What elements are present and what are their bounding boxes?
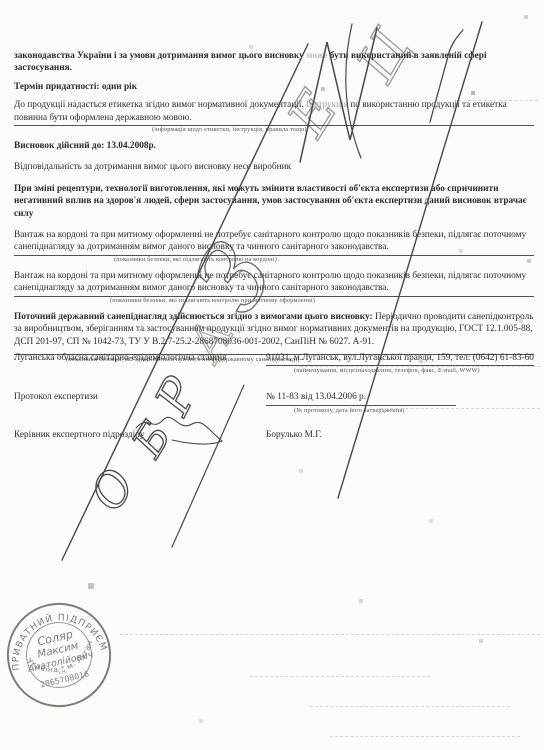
valid-until-line: Висновок дійсний до: 13.04.2008р. bbox=[14, 140, 534, 152]
labeling-field: До продукції надається етикетка згідно в… bbox=[14, 99, 534, 126]
cargo-border-paragraph: Вантаж на кордоні та при митному оформле… bbox=[14, 229, 534, 254]
change-clause-paragraph: При зміні рецептури, технології виготовл… bbox=[14, 183, 534, 220]
document-body: законодавства України і за умови дотрима… bbox=[14, 50, 534, 364]
watermark-letter-o: О bbox=[80, 459, 146, 520]
protocol-label: Протокол експертизи bbox=[14, 391, 254, 403]
station-label: Луганська обласна санітарно-епідеміологі… bbox=[14, 352, 254, 364]
labeling-paragraph: До продукції надається етикетка згідно в… bbox=[14, 99, 534, 124]
cargo-border-field: Вантаж на кордоні та при митному оформле… bbox=[14, 229, 534, 256]
intro-paragraph: законодавства України і за умови дотрима… bbox=[14, 50, 534, 75]
round-stamp: ПРИВАТНИЙ ПІДПРИЄМЕЦЬ Україна * м. Луган… bbox=[0, 587, 127, 724]
head-row: Керівник експертного підрозділу Борулько… bbox=[14, 429, 534, 441]
scan-noise-specks bbox=[0, 0, 2, 2]
labeling-caption: (інформація щодо етикетки, інструкція, п… bbox=[14, 126, 534, 134]
station-caption: (найменування, місцезнаходження, телефон… bbox=[266, 367, 534, 375]
station-value: 91031, м.Луганськ, вул.Луганської правди… bbox=[266, 352, 534, 366]
protocol-field: № 11-83 від 13.04.2006 р. (№ протоколу, … bbox=[266, 391, 534, 414]
surveillance-paragraph: Поточний державний санепіднагляд здійсню… bbox=[14, 311, 534, 348]
intro-text-faded: може bbox=[306, 51, 327, 61]
scan-artifact-line bbox=[380, 408, 540, 409]
cargo-customs-caption: (показники безпеки, які підлягають контр… bbox=[14, 297, 534, 305]
labeling-text-before: До продукції надається етикетка згідно в… bbox=[14, 100, 306, 110]
protocol-value: № 11-83 від 13.04.2006 р. bbox=[266, 391, 456, 405]
station-row: Луганська обласна санітарно-епідеміологі… bbox=[14, 352, 534, 375]
protocol-row: Протокол експертизи № 11-83 від 13.04.20… bbox=[14, 391, 534, 414]
shelf-life-line: Термін придатності: один рік bbox=[14, 81, 534, 93]
responsibility-line: Відповідальність за дотримання вимог цьо… bbox=[14, 161, 534, 173]
scan-artifact-line bbox=[330, 736, 520, 737]
scan-artifact-line bbox=[310, 706, 510, 707]
labeling-text-faded: Інструкція bbox=[306, 100, 348, 110]
cargo-customs-paragraph: Вантаж на кордоні та при митному оформле… bbox=[14, 270, 534, 295]
scan-artifact-line bbox=[250, 676, 430, 677]
surveillance-lead: Поточний державний санепіднагляд здійсню… bbox=[14, 312, 373, 322]
head-value: Борулько М.Г. bbox=[266, 429, 534, 441]
scan-artifact-line bbox=[300, 366, 540, 367]
scanned-document-page: законодавства України і за умови дотрима… bbox=[0, 0, 544, 750]
station-field: 91031, м.Луганськ, вул.Луганської правди… bbox=[266, 352, 534, 375]
cargo-customs-field: Вантаж на кордоні та при митному оформле… bbox=[14, 270, 534, 297]
scan-artifact-line bbox=[120, 634, 540, 635]
cargo-border-caption: (показники безпеки, які підлягають контр… bbox=[14, 256, 534, 264]
scan-artifact-line bbox=[468, 100, 538, 101]
head-label: Керівник експертного підрозділу bbox=[14, 429, 254, 441]
intro-text-before: законодавства України і за умови дотрима… bbox=[14, 51, 306, 61]
